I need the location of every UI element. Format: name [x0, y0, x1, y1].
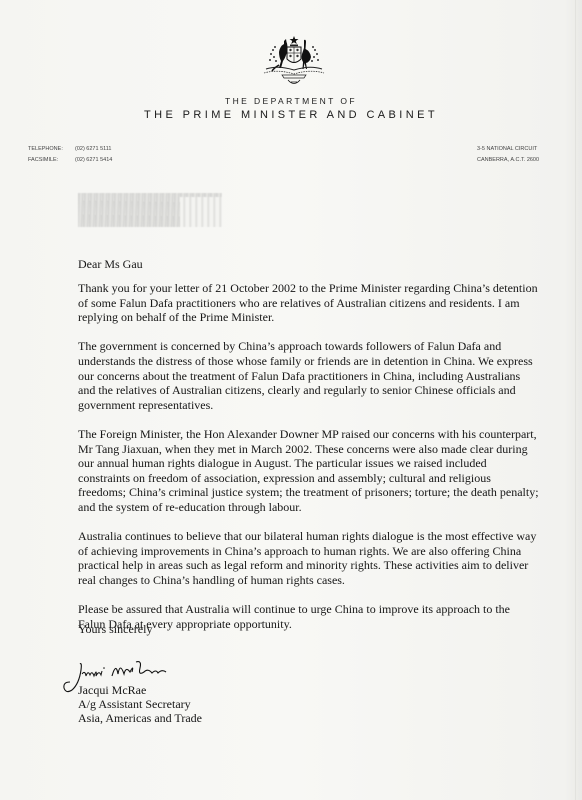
- salutation: Dear Ms Gau: [78, 257, 143, 272]
- redacted-recipient-address: [78, 193, 222, 227]
- signatory-division: Asia, Americas and Trade: [78, 711, 202, 725]
- letter-page: THE DEPARTMENT OF THE PRIME MINISTER AND…: [0, 0, 582, 800]
- signature-block: Jacqui McRae A/g Assistant Secretary Asi…: [78, 683, 202, 726]
- department-name-line2: THE PRIME MINISTER AND CABINET: [0, 109, 582, 121]
- letter-body: Thank you for your letter of 21 October …: [78, 281, 540, 646]
- telephone-value: (02) 6271 5111: [75, 144, 112, 155]
- department-name-line1: THE DEPARTMENT OF: [0, 96, 582, 106]
- address-line2: CANBERRA, A.C.T. 2600: [477, 155, 539, 166]
- address-line1: 3-5 NATIONAL CIRCUIT: [477, 144, 539, 155]
- telephone-label: TELEPHONE:: [28, 144, 75, 155]
- paragraph: The government is concerned by China’s a…: [78, 339, 540, 412]
- facsimile-row: FACSIMILE: (02) 6271 5414: [28, 155, 112, 166]
- department-address: 3-5 NATIONAL CIRCUIT CANBERRA, A.C.T. 26…: [477, 144, 539, 166]
- paragraph: The Foreign Minister, the Hon Alexander …: [78, 427, 540, 515]
- facsimile-value: (02) 6271 5414: [75, 155, 112, 166]
- paragraph: Thank you for your letter of 21 October …: [78, 281, 540, 325]
- coat-of-arms-icon: [258, 35, 330, 87]
- telephone-row: TELEPHONE: (02) 6271 5111: [28, 144, 112, 155]
- facsimile-label: FACSIMILE:: [28, 155, 75, 166]
- signatory-name: Jacqui McRae: [78, 683, 202, 697]
- contact-numbers: TELEPHONE: (02) 6271 5111 FACSIMILE: (02…: [28, 144, 112, 166]
- closing: Yours sincerely: [78, 622, 152, 637]
- signatory-title: A/g Assistant Secretary: [78, 697, 202, 711]
- paragraph: Australia continues to believe that our …: [78, 529, 540, 587]
